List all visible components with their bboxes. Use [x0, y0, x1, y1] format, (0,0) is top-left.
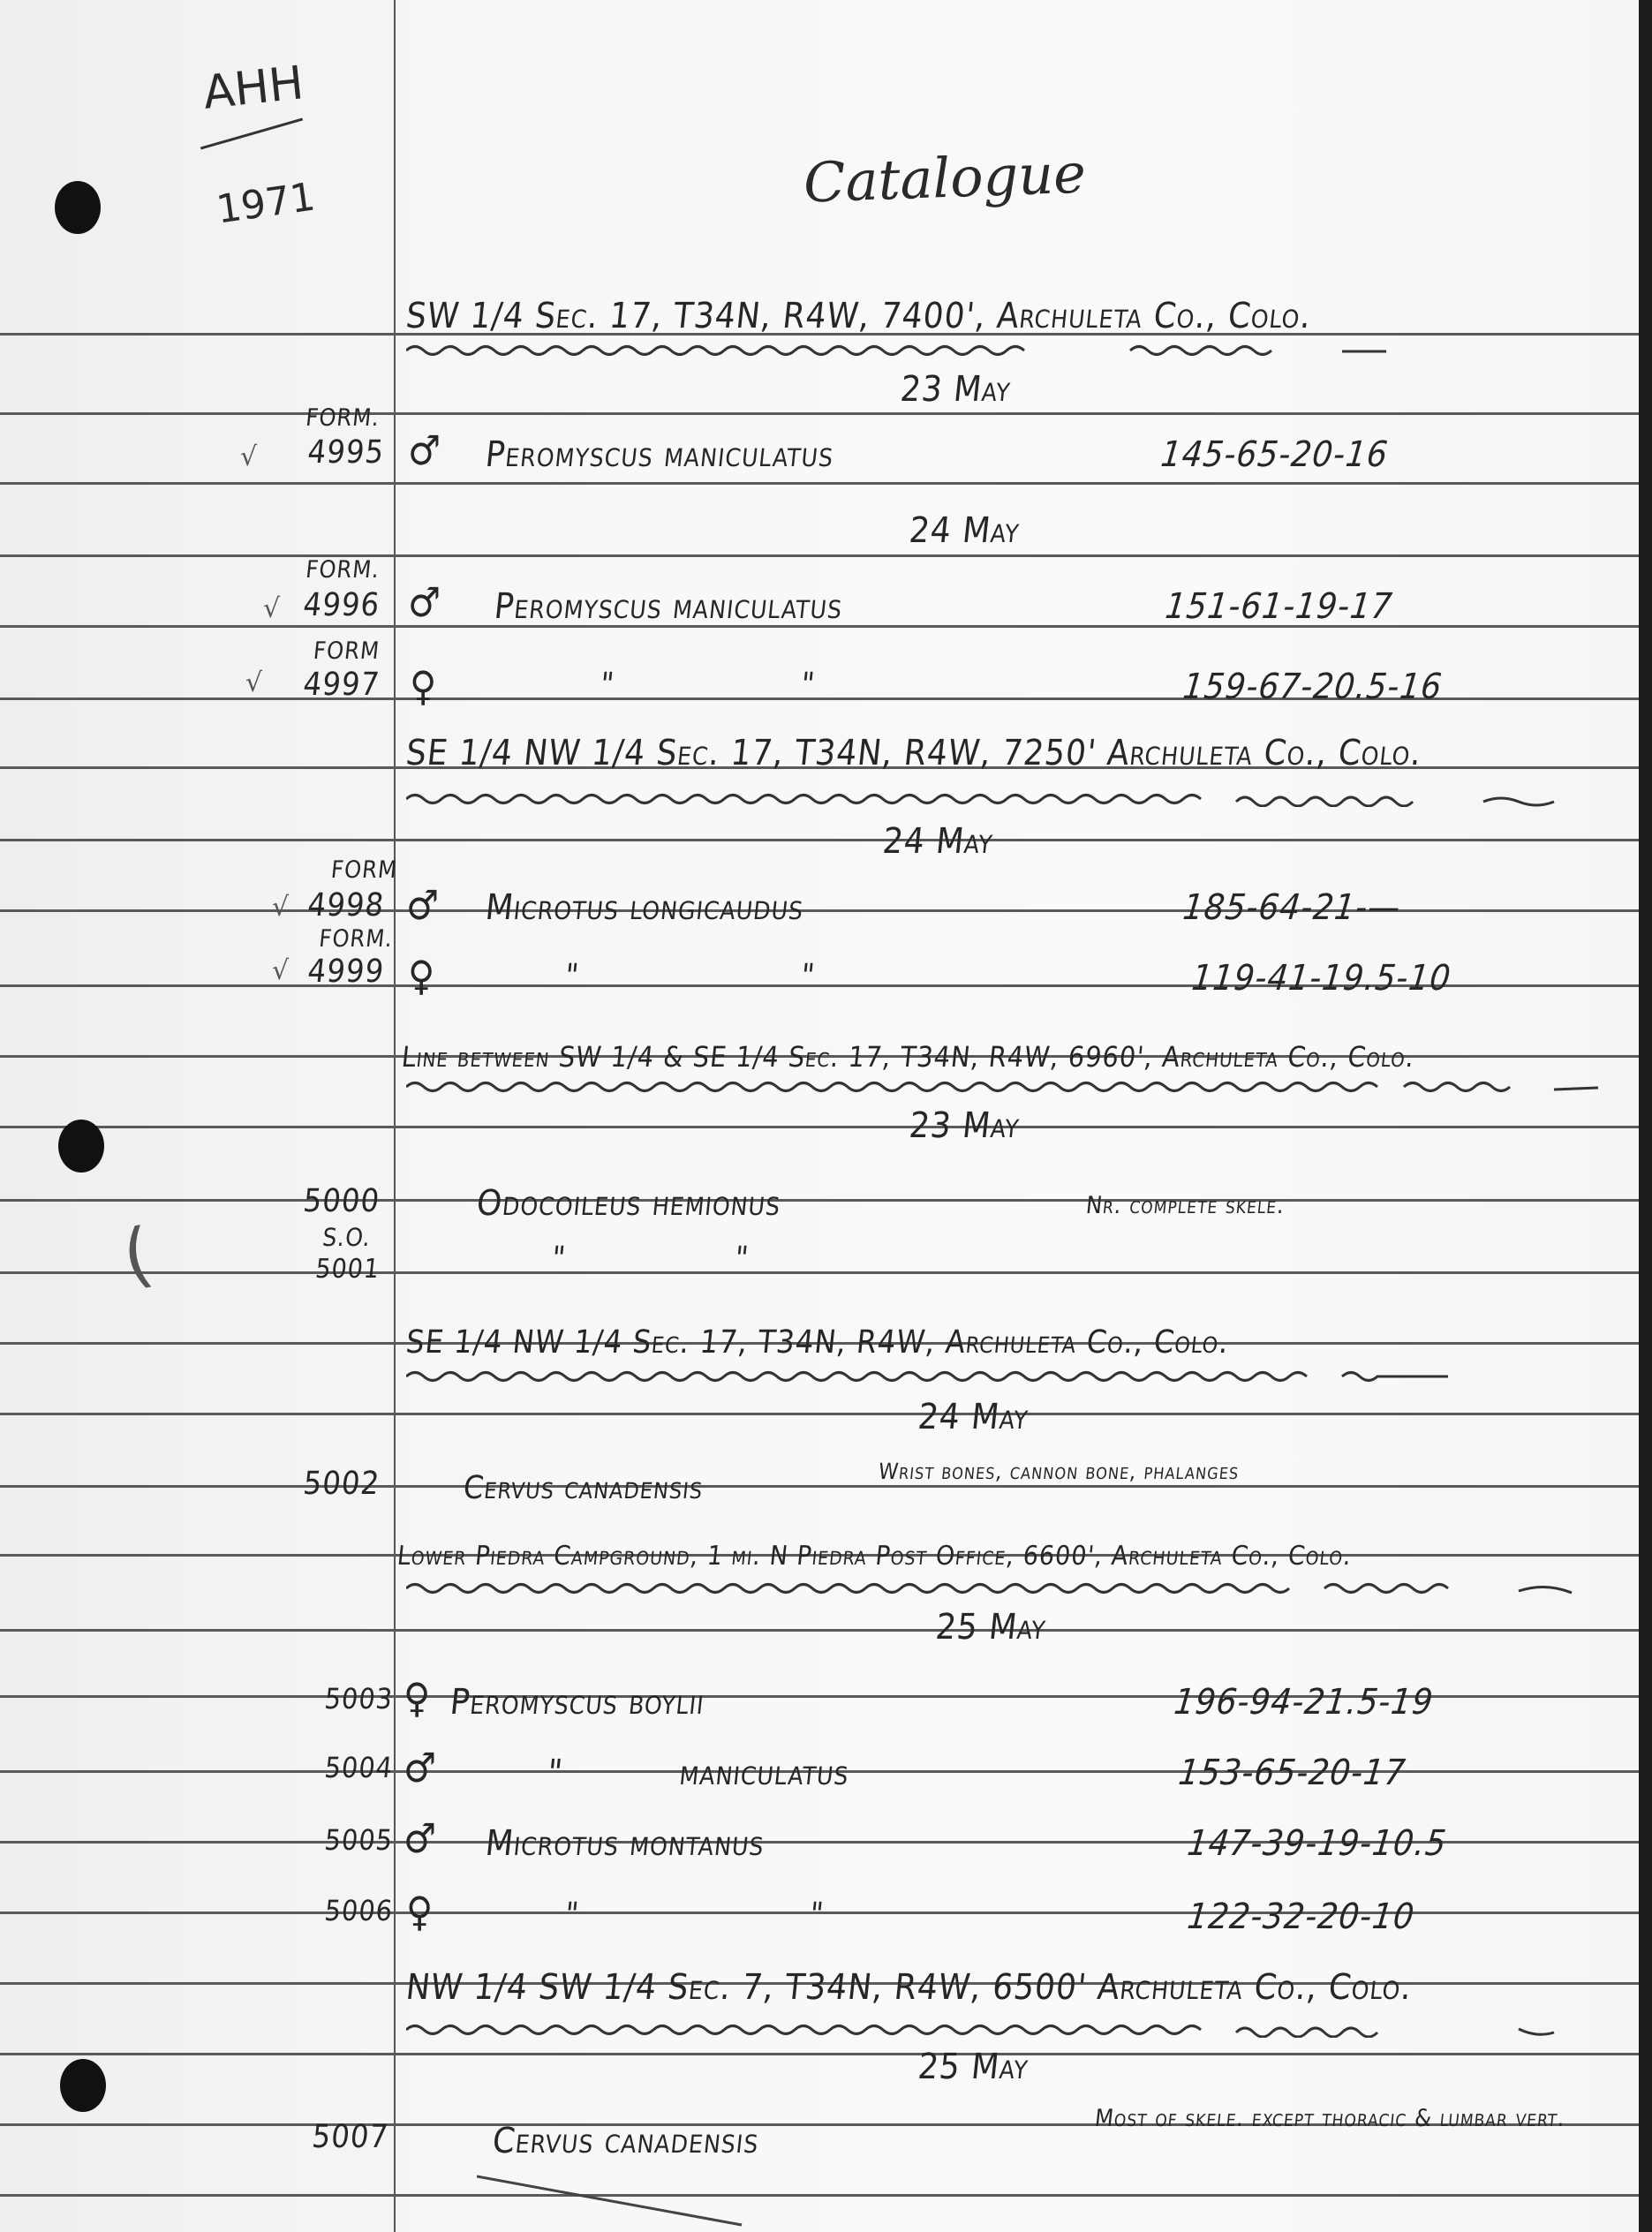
- measurements: 185-64-21-—: [1181, 887, 1403, 928]
- check-mark-icon: √: [240, 441, 257, 472]
- locality-underline: [406, 1079, 1633, 1095]
- collection-date: 23 May: [908, 1105, 1022, 1146]
- catalog-number: 5004: [276, 1751, 395, 1784]
- catalog-number: 4998: [268, 887, 386, 924]
- specimen-note: Most of skele. except thoracic & lumbar …: [1093, 2100, 1627, 2138]
- page-title: Catalogue: [803, 140, 1087, 215]
- species-name: Cervus canadensis: [462, 1470, 705, 1506]
- author-initials: AHH: [200, 57, 306, 120]
- collection-date: 25 May: [934, 1607, 1049, 1648]
- sex-female-icon: ♀: [404, 1674, 431, 1722]
- ruled-line: [0, 1485, 1639, 1488]
- punch-hole-top: [55, 181, 101, 234]
- species-name: " maniculatus: [546, 1753, 852, 1793]
- species-name: Peromyscus maniculatus: [493, 586, 845, 627]
- sex-male-icon: ♂: [404, 1814, 437, 1862]
- catalog-number: 4996: [263, 587, 381, 623]
- measurements: 153-65-20-17: [1177, 1753, 1408, 1793]
- sex-male-icon: ♂: [408, 578, 441, 626]
- locality-heading: SE 1/4 NW 1/4 Sec. 17, T34N, R4W, 7250' …: [404, 733, 1424, 773]
- form-label: FORM: [290, 856, 398, 884]
- locality-underline: [406, 791, 1625, 807]
- ditto-mark: " ": [563, 958, 817, 994]
- form-label: FORM.: [272, 556, 381, 584]
- ruled-line: [0, 2053, 1639, 2055]
- catalog-number: 4999: [268, 954, 386, 990]
- scan-edge: [1639, 0, 1652, 2232]
- species-name: Peromyscus boylii: [449, 1682, 707, 1723]
- species-name: Cervus canadensis: [491, 2121, 761, 2161]
- ruled-line: [0, 1126, 1639, 1128]
- species-name: Peromyscus maniculatus: [484, 434, 836, 475]
- punch-hole-middle: [58, 1120, 104, 1173]
- form-label: FORM.: [272, 404, 381, 432]
- sex-male-icon: ♂: [404, 1744, 437, 1791]
- ruled-line: [0, 482, 1639, 485]
- collection-date: 24 May: [917, 1397, 1031, 1437]
- catalog-number: 5006: [276, 1894, 395, 1927]
- locality-heading: Lower Piedra Campground, 1 mi. N Piedra …: [396, 1541, 1354, 1572]
- ruled-line: [0, 2194, 1639, 2197]
- form-label: FORM.: [285, 925, 394, 953]
- punch-hole-bottom: [60, 2059, 106, 2112]
- ruled-line: [0, 554, 1639, 557]
- sex-female-icon: ♀: [406, 1888, 434, 1935]
- specimen-note: Wrist bones, cannon bone, phalanges: [877, 1459, 1241, 1484]
- collection-date: 24 May: [908, 510, 1022, 551]
- ditto-mark: " ": [599, 667, 817, 703]
- measurements: 147-39-19-10.5: [1186, 1823, 1449, 1864]
- species-name: Microtus longicaudus: [484, 887, 806, 928]
- sex-male-icon: ♂: [406, 881, 440, 929]
- collection-date: 23 May: [899, 369, 1014, 410]
- check-mark-icon: √: [245, 667, 262, 698]
- collection-date: 24 May: [881, 821, 996, 862]
- catalog-number: 5005: [276, 1823, 395, 1857]
- ruled-line: [0, 1413, 1639, 1415]
- ruled-line: [0, 1199, 1639, 1202]
- locality-heading: Line between SW 1/4 & SE 1/4 Sec. 17, T3…: [400, 1040, 1416, 1074]
- measurements: 122-32-20-10: [1186, 1896, 1417, 1937]
- locality-underline: [406, 2022, 1607, 2038]
- measurements: 151-61-19-17: [1164, 586, 1395, 627]
- catalog-number: 5000: [263, 1183, 381, 1219]
- measurements: 145-65-20-16: [1159, 434, 1391, 475]
- ruled-line: [0, 1271, 1639, 1274]
- stray-pen-stroke: [477, 2172, 795, 2232]
- form-label: S.O.: [263, 1223, 372, 1252]
- ditto-mark: " ": [563, 1896, 826, 1933]
- sex-male-icon: ♂: [408, 426, 441, 474]
- locality-heading: NW 1/4 SW 1/4 Sec. 7, T34N, R4W, 6500' A…: [404, 1967, 1414, 2008]
- catalog-number: 5002: [263, 1466, 381, 1502]
- sex-female-icon: ♀: [410, 662, 437, 710]
- locality-underline: [406, 1369, 1475, 1384]
- catalog-number: 5001: [263, 1254, 381, 1285]
- sex-female-icon: ♀: [408, 952, 435, 999]
- locality-underline: [406, 343, 1572, 358]
- species-name: Microtus montanus: [484, 1823, 767, 1864]
- species-name: Odocoileus hemionus: [475, 1183, 783, 1224]
- catalog-number: 5007: [272, 2119, 390, 2155]
- locality-underline: [406, 1580, 1625, 1596]
- locality-heading: SW 1/4 Sec. 17, T34N, R4W, 7400', Archul…: [404, 296, 1314, 336]
- collection-date: 25 May: [917, 2047, 1031, 2087]
- catalog-number: 4995: [268, 434, 386, 471]
- locality-heading: SE 1/4 NW 1/4 Sec. 17, T34N, R4W, Archul…: [404, 1324, 1231, 1361]
- ditto-mark: " ": [550, 1240, 751, 1277]
- catalog-number: 4997: [263, 667, 381, 703]
- measurements: 196-94-21.5-19: [1173, 1682, 1436, 1723]
- catalog-number: 5003: [276, 1682, 395, 1715]
- ruled-line: [0, 839, 1639, 841]
- ruled-line: [0, 1629, 1639, 1632]
- measurements: 159-67-20.5-16: [1181, 667, 1445, 707]
- ruled-line: [0, 412, 1639, 415]
- measurements: 119-41-19.5-10: [1190, 958, 1453, 999]
- specimen-note: Nr. complete skele.: [1084, 1192, 1286, 1219]
- form-label: FORM: [272, 637, 381, 665]
